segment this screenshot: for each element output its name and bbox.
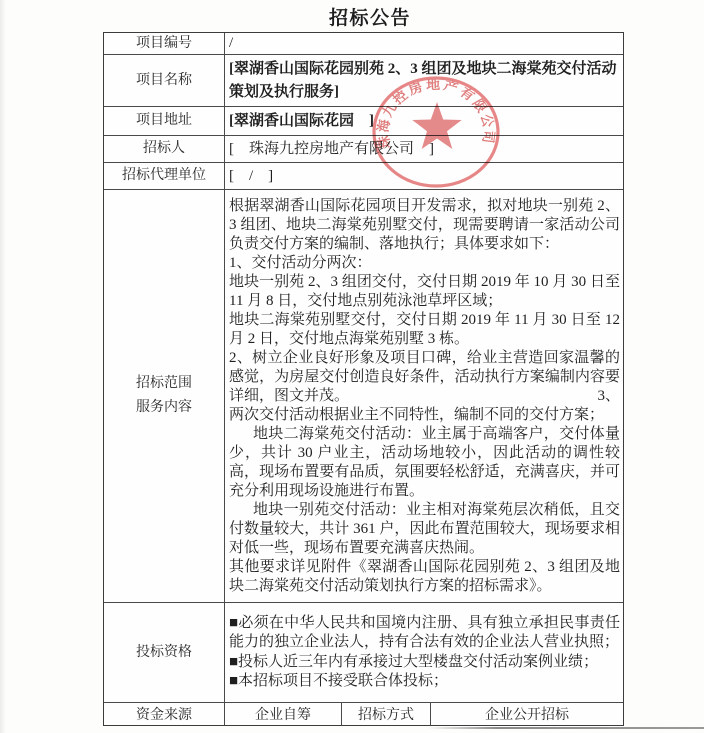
- tender-method-value: 企业公开招标: [431, 703, 623, 725]
- scope-paragraph: 地块一别苑交付活动：业主相对海棠苑层次稍低，且交付数量较大，共计 361 户，因…: [229, 501, 620, 558]
- scope-item3-marker: 3、: [597, 387, 620, 406]
- table-row-scope: 招标范围 服务内容 根据翠湖香山国际花园项目开发需求，拟对地块一别苑 2、3 组…: [104, 190, 623, 603]
- page-title: 招标公告: [329, 3, 411, 30]
- scope-paragraph: 2、树立企业良好形象及项目口碑，给业主营造回家温馨的感觉，为房屋交付创造良好条件…: [229, 349, 620, 406]
- project-name-value: [翠湖香山国际花园别苑 2、3 组团及地块二海棠苑交付活动策划及执行服务]: [225, 55, 623, 106]
- scope-paragraph: 两次交付活动根据业主不同特性，编制不同的交付方案；: [229, 406, 620, 425]
- scope-paragraph: 1、交付活动分两次：: [229, 254, 620, 273]
- project-address-value: [翠湖香山国际花园 ]: [225, 107, 623, 135]
- scope-paragraph: 根据翠湖香山国际花园项目开发需求，拟对地块一别苑 2、3 组团、地块二海棠苑别墅…: [229, 197, 620, 254]
- scope-paragraph: 地块一别苑 2、3 组团交付，交付日期 2019 年 10 月 30 日至 11…: [229, 273, 620, 311]
- project-name-label: 项目名称: [104, 55, 225, 106]
- table-row-qualification: 投标资格 ■必须在中华人民共和国境内注册、具有独立承担民事责任能力的独立企业法人…: [104, 603, 623, 703]
- qualification-item: ■必须在中华人民共和国境内注册、具有独立承担民事责任能力的独立企业法人，持有合法…: [229, 614, 620, 653]
- funding-source-label: 资金来源: [104, 703, 225, 725]
- table-row-project-number: 项目编号 /: [104, 33, 623, 55]
- scope-label-line2: 服务内容: [136, 396, 192, 420]
- funding-source-value: 企业自筹: [225, 703, 342, 725]
- scope-content: 根据翠湖香山国际花园项目开发需求，拟对地块一别苑 2、3 组团、地块二海棠苑别墅…: [225, 190, 623, 602]
- table-row-project-address: 项目地址 [翠湖香山国际花园 ]: [104, 107, 623, 136]
- tender-info-table: 项目编号 / 项目名称 [翠湖香山国际花园别苑 2、3 组团及地块二海棠苑交付活…: [103, 32, 624, 726]
- tender-agent-value: [ / ]: [225, 163, 623, 189]
- table-row-project-name: 项目名称 [翠湖香山国际花园别苑 2、3 组团及地块二海棠苑交付活动策划及执行服…: [104, 55, 623, 107]
- table-row-funding-method: 资金来源 企业自筹 招标方式 企业公开招标: [104, 703, 623, 725]
- scope-paragraph: 地块二海棠苑别墅交付，交付日期 2019 年 11 月 30 日至 12 月 2…: [229, 311, 620, 349]
- scope-label-line1: 招标范围: [136, 372, 192, 396]
- scope-paragraph: 地块二海棠苑交付活动：业主属于高端客户，交付体量少，共计 30 户业主，活动场地…: [229, 425, 620, 501]
- qualification-item: ■投标人近三年内有承接过大型楼盘交付活动案例业绩；: [229, 653, 620, 673]
- scope-paragraph-text: 2、树立企业良好形象及项目口碑，给业主营造回家温馨的感觉，为房屋交付创造良好条件…: [229, 350, 620, 404]
- scan-shadow-artifact: [428, 727, 704, 729]
- tender-method-label: 招标方式: [342, 703, 431, 725]
- qualification-label: 投标资格: [104, 603, 225, 702]
- qualification-item: ■本招标项目不接受联合体投标；: [229, 672, 620, 692]
- table-row-tenderer: 招标人 [ 珠海九控房地产有限公司 ]: [104, 136, 623, 163]
- table-row-tender-agent: 招标代理单位 [ / ]: [104, 163, 623, 190]
- scan-edge-artifact: [0, 0, 6, 733]
- scope-label: 招标范围 服务内容: [104, 190, 225, 602]
- project-number-value: /: [225, 33, 623, 54]
- project-address-label: 项目地址: [104, 107, 225, 135]
- qualification-content: ■必须在中华人民共和国境内注册、具有独立承担民事责任能力的独立企业法人，持有合法…: [225, 603, 623, 702]
- scope-paragraph: 其他要求详见附件《翠湖香山国际花园别苑 2、3 组团及地块二海棠苑交付活动策划执…: [229, 558, 620, 596]
- tenderer-value: [ 珠海九控房地产有限公司 ]: [225, 136, 623, 162]
- tenderer-label: 招标人: [104, 136, 225, 162]
- project-number-label: 项目编号: [104, 33, 225, 54]
- tender-agent-label: 招标代理单位: [104, 163, 225, 189]
